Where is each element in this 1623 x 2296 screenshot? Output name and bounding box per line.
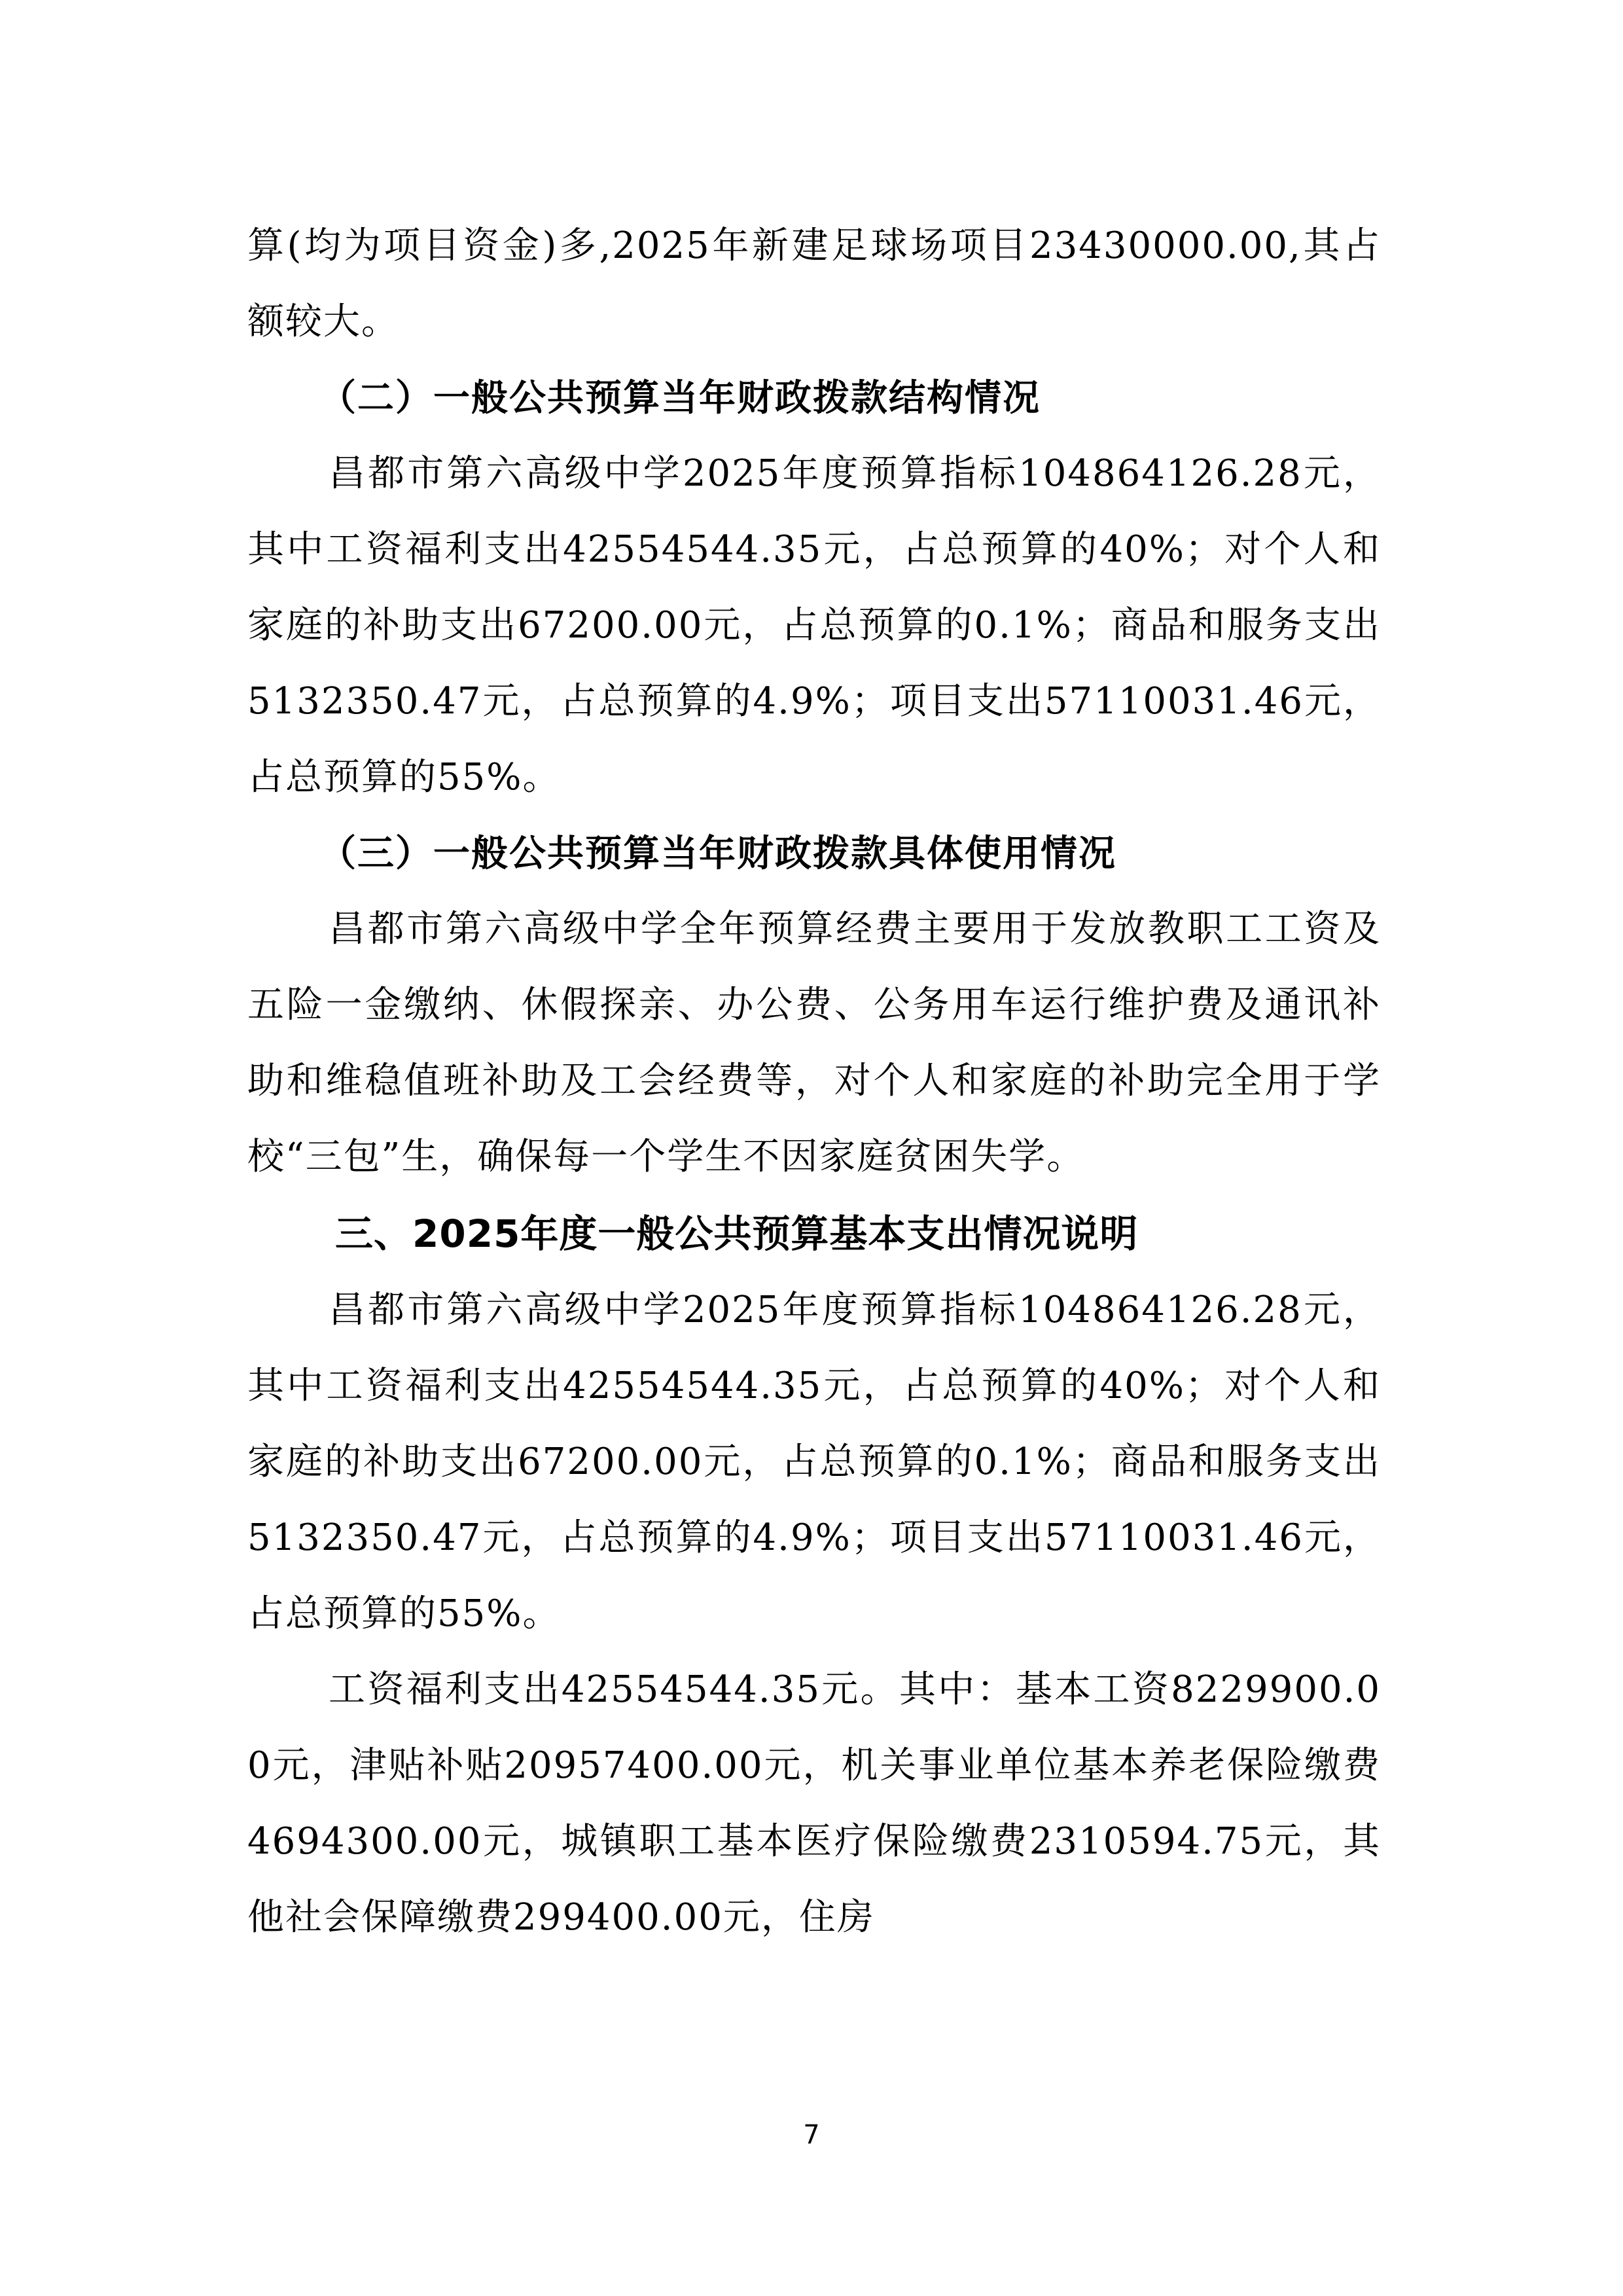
page-number: 7 <box>0 2115 1623 2155</box>
subheading-appropriation-structure: （二）一般公共预算当年财政拨款结构情况 <box>247 360 1381 436</box>
paragraph-appropriation-usage: 昌都市第六高级中学全年预算经费主要用于发放教职工工资及五险一金缴纳、休假探亲、办… <box>247 891 1381 1195</box>
paragraph-appropriation-structure: 昌都市第六高级中学2025年度预算指标104864126.28元，其中工资福利支… <box>247 436 1381 816</box>
paragraph-basic-expenditure-summary: 昌都市第六高级中学2025年度预算指标104864126.28元，其中工资福利支… <box>247 1272 1381 1652</box>
subheading-appropriation-usage: （三）一般公共预算当年财政拨款具体使用情况 <box>247 816 1381 891</box>
paragraph-continuation: 算(均为项目资金)多,2025年新建足球场项目23430000.00,其占额较大… <box>247 208 1381 360</box>
paragraph-wage-welfare-breakdown: 工资福利支出42554544.35元。其中：基本工资8229900.00元，津贴… <box>247 1652 1381 1956</box>
section-heading-basic-expenditure: 三、2025年度一般公共预算基本支出情况说明 <box>247 1195 1381 1272</box>
document-page: 算(均为项目资金)多,2025年新建足球场项目23430000.00,其占额较大… <box>247 208 1381 1956</box>
